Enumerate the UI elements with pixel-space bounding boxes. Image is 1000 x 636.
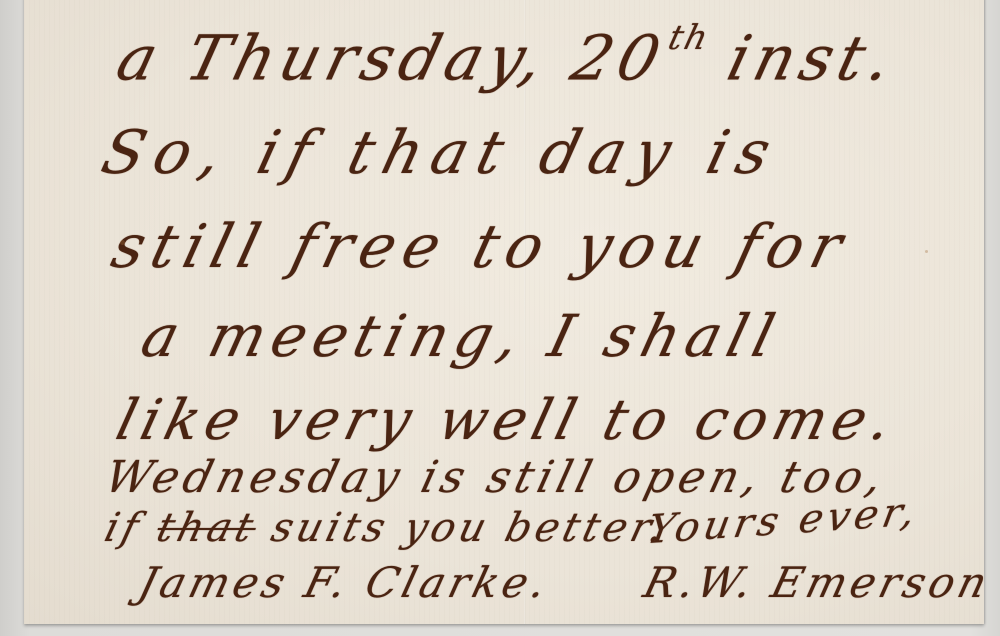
signature-emerson: R.W. Emerson <box>639 558 996 607</box>
line-text: a Thursday, 20 <box>110 22 673 95</box>
struck-word: that <box>152 505 261 551</box>
letter-line-7: if that suits you better. <box>100 505 672 551</box>
ink-spot <box>120 240 125 245</box>
letter-line-2: So, if that day is <box>95 118 787 188</box>
letter-line-5: like very well to come. <box>110 388 904 453</box>
line-tail: inst. <box>695 22 905 95</box>
photo-background: a Thursday, 20th inst. So, if that day i… <box>0 0 1000 636</box>
line-post: suits you better. <box>250 505 672 551</box>
ink-spot <box>925 250 928 253</box>
letter-line-4: a meeting, I shall <box>135 302 788 370</box>
letter-line-3: still free to you for <box>105 212 857 282</box>
letter-line-6: Wednesday is still open, too, <box>100 452 893 503</box>
signature-clarke: James F. Clarke. <box>134 558 555 607</box>
letter-line-1: a Thursday, 20th inst. <box>110 18 906 95</box>
